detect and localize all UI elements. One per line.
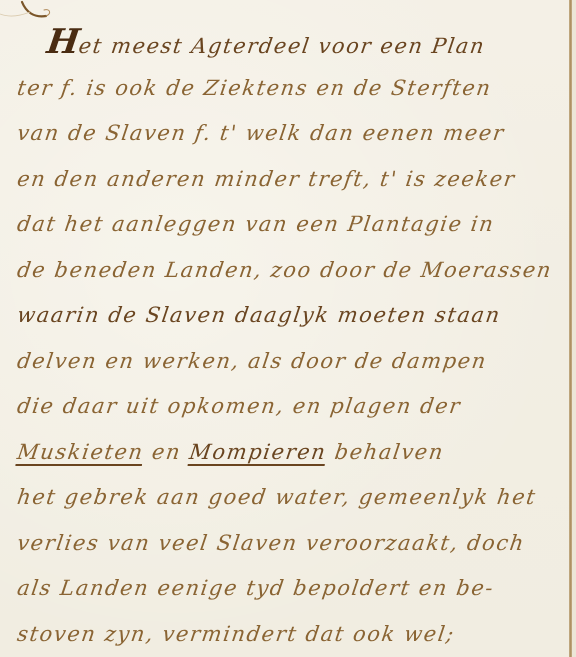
line-text: verlies van veel Slaven veroorzaakt, doc… bbox=[16, 531, 527, 555]
line-text: et meest Agterdeel voor een Plan bbox=[77, 34, 487, 58]
line-text: van de Slaven f. t' welk dan eenen meer bbox=[16, 121, 507, 145]
text-line-4: en den anderen minder treft, t' is zeeke… bbox=[14, 157, 570, 203]
text-line-6: de beneden Landen, zoo door de Moerassen bbox=[14, 248, 570, 294]
line-text: als Landen eenige tyd bepoldert en be- bbox=[16, 576, 496, 600]
manuscript-text: Het meest Agterdeel voor een Plan ter f.… bbox=[14, 20, 564, 657]
text-line-10: Muskieten en Mompieren behalven bbox=[14, 430, 570, 476]
underlined-word-muskieten: Muskieten bbox=[16, 440, 146, 464]
line-text: stoven zyn, vermindert dat ook wel; bbox=[16, 622, 457, 646]
text-line-1: Het meest Agterdeel voor een Plan bbox=[14, 20, 570, 66]
line-text: ter f. is ook de Ziektens en de Sterften bbox=[16, 76, 494, 100]
line-text: dat het aanleggen van een Plantagie in bbox=[16, 212, 497, 236]
line-text: en den anderen minder treft, t' is zeeke… bbox=[16, 167, 518, 191]
text-line-7: waarin de Slaven daaglyk moeten staan bbox=[14, 293, 570, 339]
text-line-8: delven en werken, als door de dampen bbox=[14, 339, 570, 385]
line-text: waarin de Slaven daaglyk moeten staan bbox=[16, 303, 503, 327]
line-text: delven en werken, als door de dampen bbox=[16, 349, 489, 373]
line-text: die daar uit opkomen, en plagen der bbox=[16, 394, 463, 418]
text-line-14: stoven zyn, vermindert dat ook wel; bbox=[14, 612, 570, 657]
text-line-13: als Landen eenige tyd bepoldert en be- bbox=[14, 566, 570, 612]
line-text: en bbox=[142, 440, 191, 464]
text-line-5: dat het aanleggen van een Plantagie in bbox=[14, 202, 570, 248]
line-text: behalven bbox=[325, 440, 446, 464]
manuscript-page: Het meest Agterdeel voor een Plan ter f.… bbox=[0, 0, 576, 657]
line-text: het gebrek aan goed water, gemeenlyk het bbox=[16, 485, 538, 509]
page-margin bbox=[572, 0, 576, 657]
text-line-11: het gebrek aan goed water, gemeenlyk het bbox=[14, 475, 570, 521]
text-line-3: van de Slaven f. t' welk dan eenen meer bbox=[14, 111, 570, 157]
line-text: de beneden Landen, zoo door de Moerassen bbox=[16, 258, 554, 282]
text-line-9: die daar uit opkomen, en plagen der bbox=[14, 384, 570, 430]
underlined-word-mompieren: Mompieren bbox=[188, 440, 328, 464]
text-line-12: verlies van veel Slaven veroorzaakt, doc… bbox=[14, 521, 570, 567]
text-line-2: ter f. is ook de Ziektens en de Sterften bbox=[14, 66, 570, 112]
